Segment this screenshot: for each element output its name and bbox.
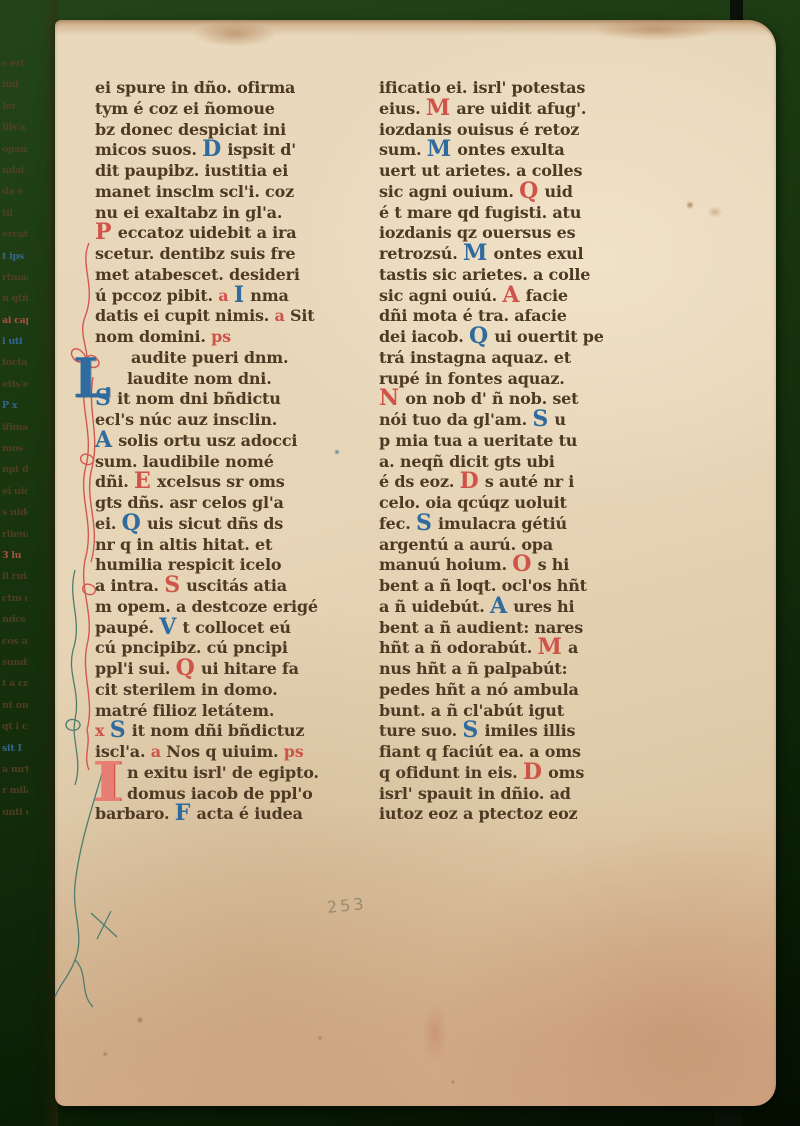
clipped-line-fragment: ndai <box>2 165 28 186</box>
text-segment: eius. <box>379 99 426 118</box>
text-segment: sic agni ouiú. <box>379 286 502 305</box>
clipped-line-fragment: llis'a <box>2 122 28 143</box>
versal-initial: Q <box>176 655 195 681</box>
text-segment: Nos q uiuim. <box>166 742 284 761</box>
text-line: manuú hoium. O s hi <box>379 555 665 576</box>
text-segment: ui hitare fa <box>196 659 299 678</box>
text-line: nr q in altis hitat. et <box>95 535 381 556</box>
text-line: dit paupibz. iustitia ei <box>95 161 381 182</box>
text-line: fiant q faciút ea. a oms <box>379 742 665 763</box>
text-line: a. neqñ dicit gts ubi <box>379 452 665 473</box>
text-column-right: ificatio ei. isrl' potestaseius. M are u… <box>379 78 665 825</box>
versal-initial: D <box>523 759 542 785</box>
text-segment: sum. laudibile nomé <box>95 452 274 471</box>
text-segment: ontes exulta <box>452 140 565 159</box>
text-line: barbaro. F acta é iudea <box>95 804 381 825</box>
text-line: P eccatoz uidebit a ira <box>95 223 381 244</box>
versal-initial: D <box>460 468 479 494</box>
text-segment: s auté nr i <box>480 472 575 491</box>
text-segment: a intra. <box>95 576 164 595</box>
text-line: scetur. dentibz suis fre <box>95 244 381 265</box>
clipped-line-fragment: imi <box>2 79 28 100</box>
text-line: domus iacob de ppl'o <box>95 784 381 805</box>
versal-initial: E <box>134 468 151 494</box>
clipped-line-fragment: rlieuat <box>2 529 28 550</box>
versal-initial: P <box>95 219 111 245</box>
clipped-line-fragment: nt ons <box>2 700 28 721</box>
text-segment: uscitás atia <box>181 576 287 595</box>
text-segment: uert ut arietes. a colles <box>379 161 582 180</box>
pencil-folio-number: 253 <box>326 894 367 917</box>
parchment-page: L I ei spure in dño. ofirmatym é coz ei … <box>55 20 776 1106</box>
text-segment: dñi. <box>95 472 134 491</box>
text-segment: audite pueri dnm. <box>131 348 288 367</box>
text-segment: ecl's núc auz insclin. <box>95 410 277 429</box>
text-segment: bz donec despiciat ini <box>95 120 286 139</box>
text-segment: iscl'a. <box>95 742 151 761</box>
text-line: matré filioz letátem. <box>95 701 381 722</box>
text-line: é ds eoz. D s auté nr i <box>379 472 665 493</box>
clipped-line-fragment: etis'eu <box>2 379 28 400</box>
text-line: nom domini. ps <box>95 327 381 348</box>
text-segment: xcelsus sr oms <box>152 472 285 491</box>
text-segment: laudite nom dni. <box>127 369 272 388</box>
versal-initial: V <box>159 614 176 640</box>
versal-initial: Q <box>122 510 141 536</box>
text-line: bent a ñ loqt. ocl'os hñt <box>379 576 665 597</box>
text-segment: ei spure in dño. ofirma <box>95 78 295 97</box>
text-line: ppl'i sui. Q ui hitare fa <box>95 659 381 680</box>
text-segment: sum. <box>379 140 427 159</box>
clipped-line-fragment: l uti <box>2 336 28 357</box>
text-line: isrl' spauit in dñio. ad <box>379 784 665 805</box>
text-line: ei. Q uis sicut dñs ds <box>95 514 381 535</box>
text-line: a intra. S uscitás atia <box>95 576 381 597</box>
text-segment: hñt a ñ odorabút. <box>379 638 537 657</box>
clipped-line-fragment: lor <box>2 101 28 122</box>
text-line: sum. M ontes exulta <box>379 140 665 161</box>
versal-initial: M <box>426 95 450 121</box>
text-segment: t collocet eú <box>177 618 291 637</box>
text-segment: tym é coz ei ñomoue <box>95 99 275 118</box>
text-segment: ispsit d' <box>222 140 296 159</box>
clipped-line-fragment: P x <box>2 400 28 421</box>
text-segment: m opem. a destcoze erigé <box>95 597 318 616</box>
text-segment: s hi <box>532 555 569 574</box>
text-segment: ture suo. <box>379 721 462 740</box>
text-segment: ificatio ei. isrl' potestas <box>379 78 585 97</box>
text-segment: dit paupibz. iustitia ei <box>95 161 288 180</box>
text-segment: a <box>563 638 579 657</box>
versal-initial: A <box>502 282 519 308</box>
text-segment: pedes hñt a nó ambula <box>379 680 579 699</box>
text-line: dñi mota é tra. afacie <box>379 306 665 327</box>
clipped-line-fragment: t a cmo <box>2 678 28 699</box>
text-segment: datis ei cupit nimis. <box>95 306 275 325</box>
clipped-line-fragment: focta <box>2 357 28 378</box>
text-segment: bent a ñ loqt. ocl'os hñt <box>379 576 587 595</box>
text-line: micos suos. D ispsit d' <box>95 140 381 161</box>
manuscript-photo: s eriimilorllis'aopamndaida étliercatt i… <box>0 0 800 1126</box>
clipped-line-fragment: opam <box>2 144 28 165</box>
versal-initial: Q <box>469 323 488 349</box>
text-segment: q ofidunt in eis. <box>379 763 523 782</box>
text-segment: acta é iudea <box>191 804 303 823</box>
text-line: sic agni ouium. Q uid <box>379 182 665 203</box>
text-segment: ei. <box>95 514 122 533</box>
text-segment: a <box>151 742 167 761</box>
text-line: datis ei cupit nimis. a Sit <box>95 306 381 327</box>
text-line: retrozsú. M ontes exul <box>379 244 665 265</box>
text-segment: u <box>549 410 566 429</box>
text-segment: fec. <box>379 514 416 533</box>
text-segment: nu ei exaltabz in gl'a. <box>95 203 282 222</box>
binding-strap-shadow-top <box>730 0 743 22</box>
text-segment: scetur. dentibz suis fre <box>95 244 295 263</box>
text-segment: manet insclm scl'i. coz <box>95 182 294 201</box>
text-line: nói tuo da gl'am. S u <box>379 410 665 431</box>
text-line: fec. S imulacra gétiú <box>379 514 665 535</box>
text-segment: oms <box>543 763 584 782</box>
text-segment: tastis sic arietes. a colle <box>379 265 590 284</box>
clipped-line-fragment: tli <box>2 208 28 229</box>
text-segment: solis ortu usz adocci <box>113 431 297 450</box>
text-line: iscl'a. a Nos q uiuim. ps <box>95 742 381 763</box>
clipped-line-fragment: mos <box>2 443 28 464</box>
clipped-line-fragment: ei uidc <box>2 486 28 507</box>
text-segment: n exitu isrl' de egipto. <box>127 763 319 782</box>
text-segment: uis sicut dñs ds <box>142 514 283 533</box>
versal-initial: O <box>512 551 531 577</box>
text-line: paupé. V t collocet eú <box>95 618 381 639</box>
text-line: n exitu isrl' de egipto. <box>95 763 381 784</box>
text-line: cit sterilem in domo. <box>95 680 381 701</box>
text-segment: fiant q faciút ea. a oms <box>379 742 581 761</box>
versal-initial: S <box>416 510 432 536</box>
clipped-line-fragment: unti cos <box>2 807 28 828</box>
text-segment: retrozsú. <box>379 244 463 263</box>
text-line: tym é coz ei ñomoue <box>95 99 381 120</box>
text-segment: nói tuo da gl'am. <box>379 410 532 429</box>
versal-initial: I <box>234 282 244 308</box>
clipped-line-fragment: a mrtu <box>2 764 28 785</box>
text-segment: domus iacob de ppl'o <box>127 784 313 803</box>
text-segment: a <box>218 286 234 305</box>
text-line: nu ei exaltabz in gl'a. <box>95 203 381 224</box>
text-segment: ui ouertit pe <box>489 327 604 346</box>
text-line: humilia respicit icelo <box>95 555 381 576</box>
clipped-line-fragment: n qtñ <box>2 293 28 314</box>
clipped-line-fragment: il ruta <box>2 571 28 592</box>
text-segment: cit sterilem in domo. <box>95 680 277 699</box>
text-segment: nus hñt a ñ palpabút: <box>379 659 567 678</box>
clipped-line-fragment: sit I <box>2 743 28 764</box>
text-segment: ppl'i sui. <box>95 659 176 678</box>
versal-initial: M <box>463 240 487 266</box>
text-segment: facie <box>520 286 568 305</box>
text-segment: ps <box>284 742 304 761</box>
text-line: trá instagna aquaz. et <box>379 348 665 369</box>
text-line: A solis ortu usz adocci <box>95 431 381 452</box>
clipped-line-fragment: qt i cor <box>2 721 28 742</box>
text-line: tastis sic arietes. a colle <box>379 265 665 286</box>
text-segment: iutoz eoz a ptectoz eoz <box>379 804 577 823</box>
clipped-line-fragment: ndcs lu <box>2 614 28 635</box>
text-line: m opem. a destcoze erigé <box>95 597 381 618</box>
text-segment: ps <box>211 327 231 346</box>
text-line: dei iacob. Q ui ouertit pe <box>379 327 665 348</box>
text-line: bent a ñ audient: nares <box>379 618 665 639</box>
text-segment: nma <box>245 286 289 305</box>
versal-initial: A <box>95 427 112 453</box>
text-line: bz donec despiciat ini <box>95 120 381 141</box>
text-line: a ñ uidebút. A ures hi <box>379 597 665 618</box>
text-line: ei spure in dño. ofirma <box>95 78 381 99</box>
text-segment: a <box>275 306 291 325</box>
text-segment: barbaro. <box>95 804 175 823</box>
text-segment: p mia tua a ueritate tu <box>379 431 577 450</box>
versal-initial: Q <box>519 178 538 204</box>
clipped-line-fragment: npt dñi <box>2 464 28 485</box>
text-segment: dei iacob. <box>379 327 469 346</box>
text-line: rupé in fontes aquaz. <box>379 369 665 390</box>
versal-initial: S <box>110 717 126 743</box>
text-line: dñi. E xcelsus sr oms <box>95 472 381 493</box>
text-segment: é ds eoz. <box>379 472 460 491</box>
clipped-line-fragment: s uide <box>2 507 28 528</box>
text-segment: isrl' spauit in dñio. ad <box>379 784 571 803</box>
text-segment: are uidit afug'. <box>451 99 586 118</box>
clipped-line-fragment: t ips <box>2 251 28 272</box>
text-segment: x <box>95 721 110 740</box>
text-segment: humilia respicit icelo <box>95 555 281 574</box>
clipped-line-fragment: cos am <box>2 636 28 657</box>
text-segment: a ñ uidebút. <box>379 597 490 616</box>
text-line: nus hñt a ñ palpabút: <box>379 659 665 680</box>
text-line: S it nom dni bñdictu <box>95 389 381 410</box>
text-line: pedes hñt a nó ambula <box>379 680 665 701</box>
text-segment: it nom dñi bñdictuz <box>126 721 304 740</box>
text-line: N on nob d' ñ nob. set <box>379 389 665 410</box>
text-line: sic agni ouiú. A facie <box>379 286 665 307</box>
clipped-text-fragments: s eriimilorllis'aopamndaida étliercatt i… <box>2 58 28 828</box>
text-segment: imiles illis <box>479 721 575 740</box>
text-segment: Sit <box>290 306 314 325</box>
versal-initial: N <box>379 385 399 411</box>
versal-initial: M <box>427 136 451 162</box>
clipped-line-fragment: da é <box>2 186 28 207</box>
versal-initial: M <box>537 634 561 660</box>
versal-initial: F <box>175 800 190 826</box>
text-segment: met atabescet. desideri <box>95 265 300 284</box>
text-column-left: ei spure in dño. ofirmatym é coz ei ñomo… <box>95 78 381 825</box>
text-line: hñt a ñ odorabút. M a <box>379 638 665 659</box>
text-line: ificatio ei. isrl' potestas <box>379 78 665 99</box>
text-segment: manuú hoium. <box>379 555 512 574</box>
text-line: ú pccoz pibit. a I nma <box>95 286 381 307</box>
text-segment: sic agni ouium. <box>379 182 519 201</box>
text-line: ecl's núc auz insclin. <box>95 410 381 431</box>
text-segment: ures hi <box>508 597 575 616</box>
versal-initial: D <box>202 136 221 162</box>
text-segment: iozdanis ouisus é retoz <box>379 120 579 139</box>
text-line: x S it nom dñi bñdictuz <box>95 721 381 742</box>
versal-initial: S <box>532 406 548 432</box>
text-line: audite pueri dnm. <box>95 348 381 369</box>
clipped-line-fragment: ercat <box>2 229 28 250</box>
text-line: iutoz eoz a ptectoz eoz <box>379 804 665 825</box>
clipped-line-fragment: sundni <box>2 657 28 678</box>
text-line: cú pncipibz. cú pncipi <box>95 638 381 659</box>
versal-initial: A <box>490 593 507 619</box>
text-line: laudite nom dni. <box>95 369 381 390</box>
clipped-line-fragment: r milan <box>2 785 28 806</box>
text-segment: ontes exul <box>488 244 583 263</box>
versal-initial: S <box>95 385 111 411</box>
text-segment: paupé. <box>95 618 159 637</box>
text-segment: nom domini. <box>95 327 211 346</box>
clipped-line-fragment: ai cap <box>2 315 28 336</box>
text-line: ture suo. S imiles illis <box>379 721 665 742</box>
text-segment: it nom dni bñdictu <box>112 389 281 408</box>
clipped-line-fragment: ifima <box>2 422 28 443</box>
clipped-line-fragment: 3 lu <box>2 550 28 571</box>
versal-initial: S <box>164 572 180 598</box>
text-line: p mia tua a ueritate tu <box>379 431 665 452</box>
text-segment: imulacra gétiú <box>433 514 567 533</box>
text-segment: micos suos. <box>95 140 202 159</box>
text-line: eius. M are uidit afug'. <box>379 99 665 120</box>
text-segment: é t mare qd fugisti. atu <box>379 203 581 222</box>
text-line: bunt. a ñ cl'abút igut <box>379 701 665 722</box>
text-line: iozdanis ouisus é retoz <box>379 120 665 141</box>
text-segment: nr q in altis hitat. et <box>95 535 272 554</box>
text-line: iozdanis qz ouersus es <box>379 223 665 244</box>
text-segment: rupé in fontes aquaz. <box>379 369 565 388</box>
versal-initial: S <box>462 717 478 743</box>
text-line: q ofidunt in eis. D oms <box>379 763 665 784</box>
text-segment: uid <box>539 182 573 201</box>
text-segment: ú pccoz pibit. <box>95 286 218 305</box>
text-segment: on nob d' ñ nob. set <box>400 389 578 408</box>
clipped-line-fragment: rtmam <box>2 272 28 293</box>
text-segment: celo. oia qcúqz uoluit <box>379 493 567 512</box>
text-segment: trá instagna aquaz. et <box>379 348 571 367</box>
clipped-line-fragment: ctm cel <box>2 593 28 614</box>
text-line: é t mare qd fugisti. atu <box>379 203 665 224</box>
text-line: manet insclm scl'i. coz <box>95 182 381 203</box>
text-segment: eccatoz uidebit a ira <box>112 223 296 242</box>
clipped-line-fragment: s eri <box>2 58 28 79</box>
